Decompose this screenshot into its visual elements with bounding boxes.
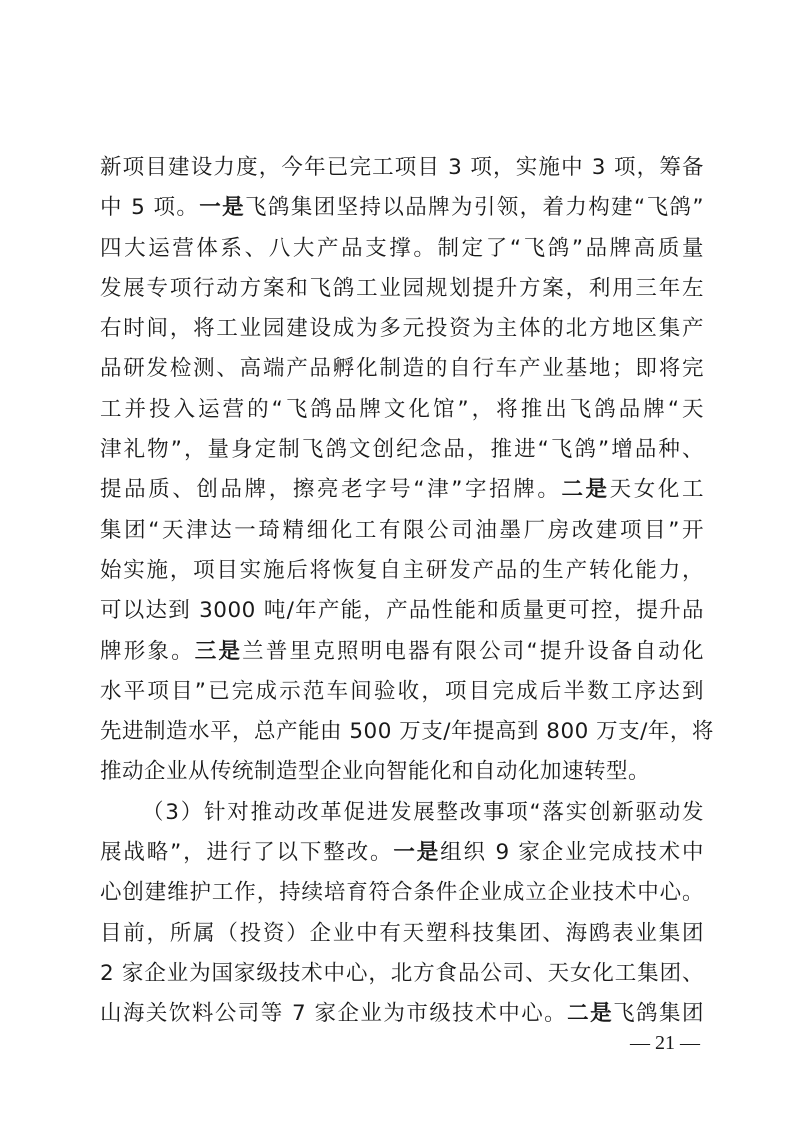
text-segment: 飞鸽集团 bbox=[613, 1001, 704, 1026]
text-segment: 飞鸽集团坚持以品牌为引领，着力构建“飞鸽” bbox=[245, 195, 704, 220]
text-segment: 右时间，将工业园建设成为多元投资为主体的北方地区集产 bbox=[100, 316, 704, 341]
text-line: 津礼物”，量身定制飞鸽文创纪念品，推进“飞鸽”增品种、 bbox=[100, 430, 704, 470]
text-segment: 集团“天津达一琦精细化工有限公司油墨厂房改建项目”开 bbox=[100, 518, 704, 543]
text-segment: 推动企业从传统制造型企业向智能化和自动化加速转型。 bbox=[100, 759, 650, 784]
text-segment: 始实施，项目实施后将恢复自主研发产品的生产转化能力， bbox=[100, 558, 704, 583]
text-segment: 四大运营体系、八大产品支撑。制定了“飞鸽”品牌高质量 bbox=[100, 236, 704, 261]
text-segment: 津礼物”，量身定制飞鸽文创纪念品，推进“飞鸽”增品种、 bbox=[100, 437, 704, 462]
text-line: 四大运营体系、八大产品支撑。制定了“飞鸽”品牌高质量 bbox=[100, 229, 704, 269]
text-segment: 可以达到 3000 吨/年产能，产品性能和质量更可控，提升品 bbox=[100, 598, 704, 623]
text-segment: 牌形象。 bbox=[100, 639, 195, 664]
text-segment: 展战略”，进行了以下整改。 bbox=[100, 840, 393, 865]
text-line: 可以达到 3000 吨/年产能，产品性能和质量更可控，提升品 bbox=[100, 591, 704, 631]
text-segment: 中 5 项。 bbox=[100, 195, 199, 220]
text-segment: 山海关饮料公司等 7 家企业为市级技术中心。 bbox=[100, 1001, 567, 1026]
text-segment: 心创建维护工作，持续培育符合条件企业成立企业技术中心。 bbox=[100, 880, 704, 905]
text-segment: 天女化工 bbox=[610, 477, 704, 502]
text-line: 新项目建设力度，今年已完工项目 3 项，实施中 3 项，筹备 bbox=[100, 148, 704, 188]
bold-lead-phrase: 三是 bbox=[195, 639, 242, 664]
bold-lead-phrase: 二是 bbox=[561, 477, 609, 502]
bold-lead-phrase: 一是 bbox=[199, 195, 245, 220]
text-line: 右时间，将工业园建设成为多元投资为主体的北方地区集产 bbox=[100, 309, 704, 349]
document-page: 新项目建设力度，今年已完工项目 3 项，实施中 3 项，筹备中 5 项。一是飞鸽… bbox=[0, 0, 800, 1131]
text-line: 2 家企业为国家级技术中心，北方食品公司、天女化工集团、 bbox=[100, 954, 704, 994]
text-line: 提品质、创品牌，擦亮老字号“津”字招牌。二是天女化工 bbox=[100, 470, 704, 510]
text-line: 先进制造水平，总产能由 500 万支/年提高到 800 万支/年，将 bbox=[100, 712, 704, 752]
text-line: 品研发检测、高端产品孵化制造的自行车产业基地；即将完 bbox=[100, 349, 704, 389]
bold-lead-phrase: 一是 bbox=[393, 840, 440, 865]
text-line: 工并投入运营的“飞鸽品牌文化馆”，将推出飞鸽品牌“天 bbox=[100, 390, 704, 430]
text-line: 始实施，项目实施后将恢复自主研发产品的生产转化能力， bbox=[100, 551, 704, 591]
text-segment: 2 家企业为国家级技术中心，北方食品公司、天女化工集团、 bbox=[100, 961, 704, 986]
text-line: 集团“天津达一琦精细化工有限公司油墨厂房改建项目”开 bbox=[100, 511, 704, 551]
text-line: 心创建维护工作，持续培育符合条件企业成立企业技术中心。 bbox=[100, 873, 704, 913]
text-segment: （3）针对推动改革促进发展整改事项“落实创新驱动发 bbox=[142, 800, 704, 825]
text-line: 中 5 项。一是飞鸽集团坚持以品牌为引领，着力构建“飞鸽” bbox=[100, 188, 704, 228]
text-line: 水平项目”已完成示范车间验收，项目完成后半数工序达到 bbox=[100, 672, 704, 712]
text-line: 推动企业从传统制造型企业向智能化和自动化加速转型。 bbox=[100, 752, 704, 792]
text-segment: 目前，所属（投资）企业中有天塑科技集团、海鸥表业集团 bbox=[100, 921, 704, 946]
text-segment: 发展专项行动方案和飞鸽工业园规划提升方案，利用三年左 bbox=[100, 276, 704, 301]
text-line: 牌形象。三是兰普里克照明电器有限公司“提升设备自动化 bbox=[100, 632, 704, 672]
body-text: 新项目建设力度，今年已完工项目 3 项，实施中 3 项，筹备中 5 项。一是飞鸽… bbox=[100, 148, 704, 1035]
text-segment: 兰普里克照明电器有限公司“提升设备自动化 bbox=[242, 639, 704, 664]
text-segment: 品研发检测、高端产品孵化制造的自行车产业基地；即将完 bbox=[100, 356, 704, 381]
text-segment: 水平项目”已完成示范车间验收，项目完成后半数工序达到 bbox=[100, 679, 704, 704]
text-segment: 工并投入运营的“飞鸽品牌文化馆”，将推出飞鸽品牌“天 bbox=[100, 397, 704, 422]
text-segment: 提品质、创品牌，擦亮老字号“津”字招牌。 bbox=[100, 477, 561, 502]
text-segment: 新项目建设力度，今年已完工项目 3 项，实施中 3 项，筹备 bbox=[100, 155, 704, 180]
bold-lead-phrase: 二是 bbox=[567, 1001, 613, 1026]
text-segment: 组织 9 家企业完成技术中 bbox=[440, 840, 704, 865]
text-line: 目前，所属（投资）企业中有天塑科技集团、海鸥表业集团 bbox=[100, 914, 704, 954]
text-line: 展战略”，进行了以下整改。一是组织 9 家企业完成技术中 bbox=[100, 833, 704, 873]
text-segment: 先进制造水平，总产能由 500 万支/年提高到 800 万支/年，将 bbox=[100, 719, 714, 744]
text-line: 山海关饮料公司等 7 家企业为市级技术中心。二是飞鸽集团 bbox=[100, 994, 704, 1034]
text-line: （3）针对推动改革促进发展整改事项“落实创新驱动发 bbox=[100, 793, 704, 833]
text-line: 发展专项行动方案和飞鸽工业园规划提升方案，利用三年左 bbox=[100, 269, 704, 309]
page-number: — 21 — bbox=[620, 1032, 710, 1055]
